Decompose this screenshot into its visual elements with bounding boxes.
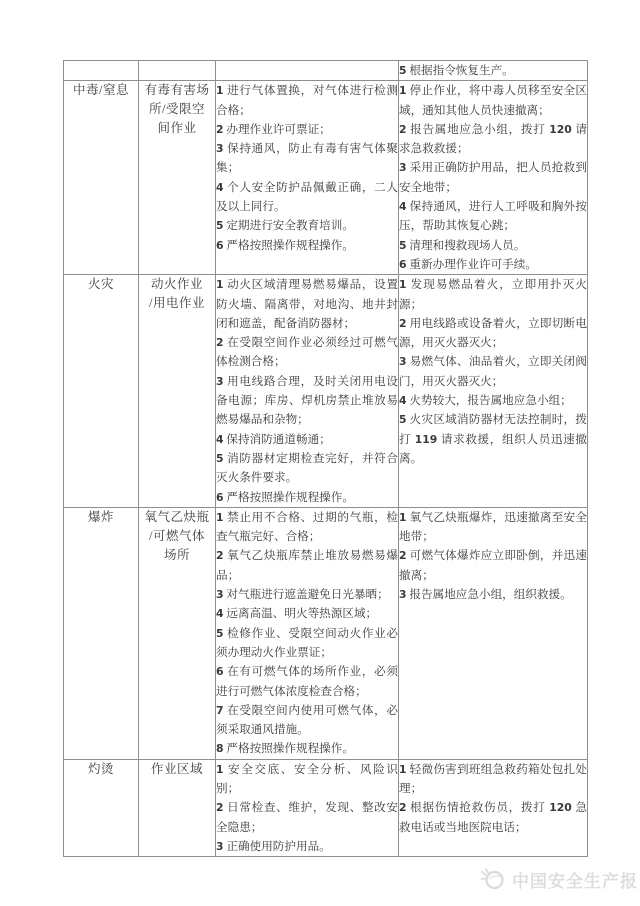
work-area-cell: 作业区域 xyxy=(139,759,216,856)
prevention-item: 5 消防器材定期检查完好，并符合灭火条件要求。 xyxy=(216,449,398,488)
emergency-response-cell: 1 轻微伤害到班组急救药箱处包扎处理；2 根据伤情抢救伤员，拨打 120 急救电… xyxy=(399,759,588,856)
response-item: 3 报告属地应急小组，组织救援。 xyxy=(399,585,587,604)
table-row: 爆炸氧气乙炔瓶 /可燃气体 场所1 禁止用不合格、过期的气瓶，检查气瓶完好、合格… xyxy=(64,507,588,759)
response-item: 1 发现易燃品着火，立即用扑灭火源； xyxy=(399,275,587,314)
prevention-measures-cell: 1 禁止用不合格、过期的气瓶，检查气瓶完好、合格；2 氧气乙炔瓶库禁止堆放易燃易… xyxy=(216,507,399,759)
hazard-type-cell xyxy=(64,61,139,81)
prevention-item: 4 个人安全防护品佩戴正确，二人及以上同行。 xyxy=(216,178,398,217)
prevention-item: 2 氧气乙炔瓶库禁止堆放易燃易爆品； xyxy=(216,546,398,585)
response-item: 4 火势较大，报告属地应急小组； xyxy=(399,391,587,410)
work-area-label: 氧气乙炔瓶 /可燃气体 场所 xyxy=(144,508,209,565)
prevention-item: 1 动火区域清理易燃易爆品，设置防火墙、隔离带，对地沟、地井封闭和遮盖，配备消防… xyxy=(216,275,398,333)
work-area-label: 作业区域 xyxy=(151,760,203,779)
work-area-cell: 氧气乙炔瓶 /可燃气体 场所 xyxy=(139,507,216,759)
response-item: 3 采用正确防护用品，把人员抢救到安全地带； xyxy=(399,158,587,197)
prevention-item: 7 在受限空间内使用可燃气体，必须采取通风措施。 xyxy=(216,701,398,740)
prevention-item: 1 禁止用不合格、过期的气瓶，检查气瓶完好、合格； xyxy=(216,508,398,547)
prevention-item: 6 严格按照操作规程操作。 xyxy=(216,488,398,507)
emergency-response-cell: 1 停止作业，将中毒人员移至安全区域，通知其他人员快速撤离；2 报告属地应急小组… xyxy=(399,81,588,275)
hazard-type-cell: 中毒/窒息 xyxy=(64,81,139,275)
brand-logo-icon xyxy=(480,866,506,892)
footer-watermark: 中国安全生产报 xyxy=(480,864,638,894)
response-item: 5 火灾区域消防器材无法控制时，拨打 119 请求救援，组织人员迅速撤离。 xyxy=(399,410,587,468)
response-item: 5 清理和搜救现场人员。 xyxy=(399,236,587,255)
table-row: 灼烫作业区域1 安全交底、安全分析、风险识别；2 日常检查、维护，发现、整改安全… xyxy=(64,759,588,856)
response-item: 2 可燃气体爆炸应立即卧倒，并迅速撤离； xyxy=(399,546,587,585)
prevention-item: 5 检修作业、受限空间动火作业必须办理动火作业票证； xyxy=(216,624,398,663)
response-item: 3 易燃气体、油品着火，立即关闭阀门，用灭火器灭火； xyxy=(399,352,587,391)
prevention-item: 6 在有可燃气体的场所作业，必须进行可燃气体浓度检查合格； xyxy=(216,662,398,701)
work-area-cell: 有毒有害场 所/受限空 间作业 xyxy=(139,81,216,275)
response-item: 5 根据指令恢复生产。 xyxy=(399,61,587,80)
response-item: 2 用电线路或设备着火，立即切断电源，用灭火器灭火； xyxy=(399,314,587,353)
hazard-response-table: 5 根据指令恢复生产。中毒/窒息有毒有害场 所/受限空 间作业1 进行气体置换，… xyxy=(63,60,588,857)
hazard-type-label: 爆炸 xyxy=(88,508,114,527)
prevention-item: 4 保持消防通道畅通； xyxy=(216,430,398,449)
prevention-item: 3 对气瓶进行遮盖避免日光暴晒； xyxy=(216,585,398,604)
prevention-item: 5 定期进行安全教育培训。 xyxy=(216,216,398,235)
prevention-item: 3 保持通风，防止有毒有害气体聚集； xyxy=(216,139,398,178)
hazard-type-label: 火灾 xyxy=(88,275,114,294)
response-item: 1 氧气乙炔瓶爆炸，迅速撤离至安全地带； xyxy=(399,508,587,547)
prevention-item: 1 进行气体置换，对气体进行检测合格； xyxy=(216,81,398,120)
prevention-item: 6 严格按照操作规程操作。 xyxy=(216,236,398,255)
hazard-type-cell: 爆炸 xyxy=(64,507,139,759)
response-item: 1 轻微伤害到班组急救药箱处包扎处理； xyxy=(399,760,587,799)
response-item: 1 停止作业，将中毒人员移至安全区域，通知其他人员快速撤离； xyxy=(399,81,587,120)
work-area-label: 有毒有害场 所/受限空 间作业 xyxy=(144,81,209,138)
prevention-item: 2 日常检查、维护，发现、整改安全隐患； xyxy=(216,798,398,837)
hazard-table-body: 5 根据指令恢复生产。中毒/窒息有毒有害场 所/受限空 间作业1 进行气体置换，… xyxy=(64,61,588,857)
prevention-item: 3 用电线路合理，及时关闭用电设备电源；库房、焊机房禁止堆放易燃易爆品和杂物； xyxy=(216,372,398,430)
response-item: 2 报告属地应急小组，拨打 120 请求急救救援； xyxy=(399,120,587,159)
prevention-item: 4 远离高温、明火等热源区域； xyxy=(216,604,398,623)
prevention-measures-cell: 1 进行气体置换，对气体进行检测合格；2 办理作业许可票证；3 保持通风，防止有… xyxy=(216,81,399,275)
emergency-response-cell: 1 发现易燃品着火，立即用扑灭火源；2 用电线路或设备着火，立即切断电源，用灭火… xyxy=(399,275,588,508)
hazard-type-cell: 灼烫 xyxy=(64,759,139,856)
prevention-measures-cell: 1 安全交底、安全分析、风险识别；2 日常检查、维护，发现、整改安全隐患；3 正… xyxy=(216,759,399,856)
hazard-type-cell: 火灾 xyxy=(64,275,139,508)
table-row: 火灾动火作业 /用电作业1 动火区域清理易燃易爆品，设置防火墙、隔离带，对地沟、… xyxy=(64,275,588,508)
prevention-item: 1 安全交底、安全分析、风险识别； xyxy=(216,760,398,799)
emergency-response-cell: 1 氧气乙炔瓶爆炸，迅速撤离至安全地带；2 可燃气体爆炸应立即卧倒，并迅速撤离；… xyxy=(399,507,588,759)
response-item: 2 根据伤情抢救伤员，拨打 120 急救电话或当地医院电话； xyxy=(399,798,587,837)
response-item: 4 保持通风，进行人工呼吸和胸外按压，帮助其恢复心跳； xyxy=(399,197,587,236)
hazard-type-label: 中毒/窒息 xyxy=(73,81,129,100)
emergency-response-cell: 5 根据指令恢复生产。 xyxy=(399,61,588,81)
prevention-item: 3 正确使用防护用品。 xyxy=(216,837,398,856)
work-area-cell xyxy=(139,61,216,81)
prevention-measures-cell xyxy=(216,61,399,81)
table-row: 中毒/窒息有毒有害场 所/受限空 间作业1 进行气体置换，对气体进行检测合格；2… xyxy=(64,81,588,275)
response-item: 6 重新办理作业许可手续。 xyxy=(399,255,587,274)
carryover-row: 5 根据指令恢复生产。 xyxy=(64,61,588,81)
work-area-label: 动火作业 /用电作业 xyxy=(149,275,205,313)
prevention-item: 2 在受限空间作业必须经过可燃气体检测合格； xyxy=(216,333,398,372)
prevention-item: 8 严格按照操作规程操作。 xyxy=(216,739,398,758)
brand-name: 中国安全生产报 xyxy=(512,867,638,892)
work-area-cell: 动火作业 /用电作业 xyxy=(139,275,216,508)
prevention-item: 2 办理作业许可票证； xyxy=(216,120,398,139)
hazard-type-label: 灼烫 xyxy=(88,760,114,779)
prevention-measures-cell: 1 动火区域清理易燃易爆品，设置防火墙、隔离带，对地沟、地井封闭和遮盖，配备消防… xyxy=(216,275,399,508)
